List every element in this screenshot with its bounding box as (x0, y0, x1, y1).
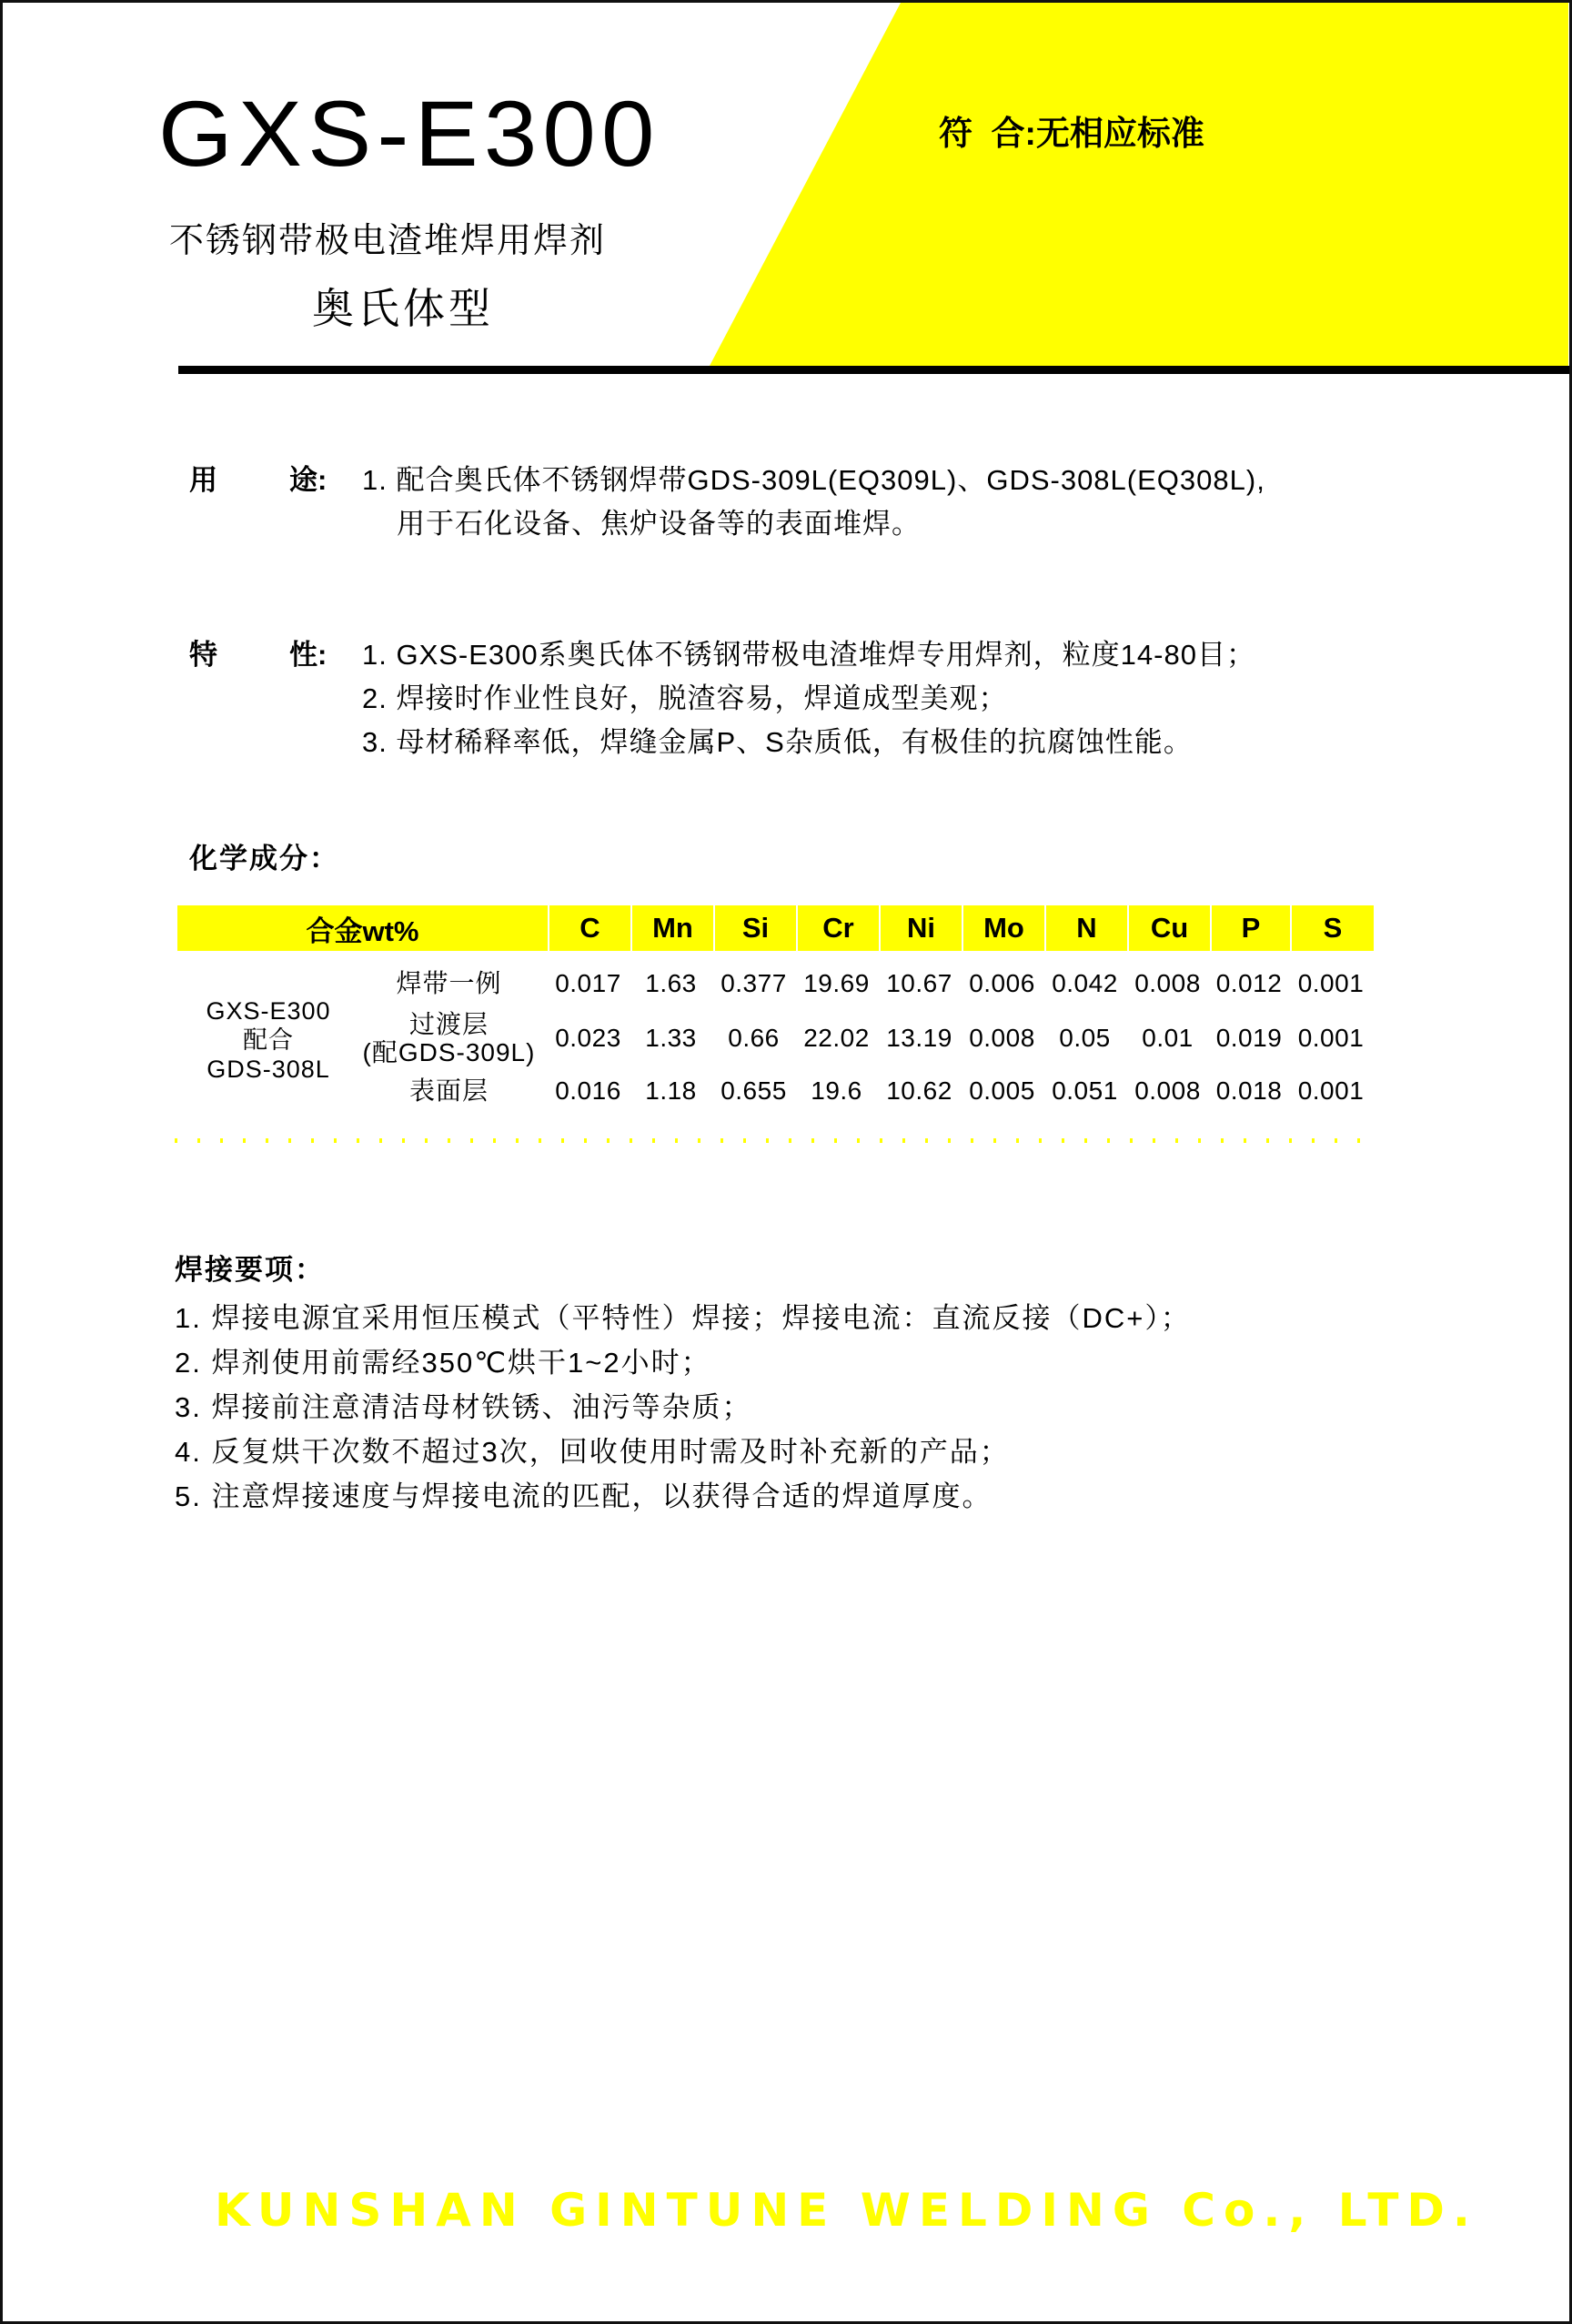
cell-cr: 19.6 (796, 1073, 877, 1109)
welding-note-3: 3. 焊接前注意清洁母材铁锈、油污等杂质； (175, 1385, 1191, 1430)
header-element-p: P (1212, 905, 1290, 951)
cell-mn: 1.33 (630, 1009, 711, 1067)
cell-si: 0.66 (713, 1009, 794, 1067)
cell-cu: 0.01 (1127, 1009, 1208, 1067)
welding-notes: 焊接要项： 1. 焊接电源宜采用恒压模式（平特性）焊接；焊接电流：直流反接（DC… (175, 1252, 1191, 1519)
cell-p: 0.019 (1210, 1009, 1288, 1067)
table-row: 表面层 0.016 1.18 0.655 19.6 10.62 0.005 0.… (177, 1073, 1372, 1109)
header-element-mo: Mo (963, 905, 1044, 951)
header-element-n: N (1046, 905, 1127, 951)
cell-mn: 1.18 (630, 1073, 711, 1109)
welding-note-1: 1. 焊接电源宜采用恒压模式（平特性）焊接；焊接电流：直流反接（DC+）； (175, 1296, 1191, 1340)
features-line-3: 3. 母材稀释率低，焊缝金属P、S杂质低，有极佳的抗腐蚀性能。 (362, 721, 1563, 764)
standard-compliance: 符 合:无相应标准 (939, 106, 1204, 155)
cell-si: 0.377 (713, 965, 794, 1002)
cell-ni: 10.67 (879, 965, 960, 1002)
welding-note-5: 5. 注意焊接速度与焊接电流的匹配，以获得合适的焊道厚度。 (175, 1474, 1191, 1519)
row-label: 焊带一例 (350, 965, 548, 1002)
cell-ni: 13.19 (879, 1009, 960, 1067)
table-row: 焊带一例 0.017 1.63 0.377 19.69 10.67 0.006 … (177, 965, 1372, 1002)
cell-mo: 0.008 (962, 1009, 1043, 1067)
cell-cu: 0.008 (1127, 1073, 1208, 1109)
chemical-table: 合金wt% C Mn Si Cr Ni Mo N Cu P S GXS-E300… (177, 905, 1374, 1133)
features-line-2: 2. 焊接时作业性良好，脱渣容易，焊道成型美观； (362, 677, 1563, 721)
header-alloy: 合金wt% (177, 905, 548, 951)
cell-p: 0.018 (1210, 1073, 1288, 1109)
cell-cr: 22.02 (796, 1009, 877, 1067)
header-element-cu: Cu (1129, 905, 1210, 951)
cell-ni: 10.62 (879, 1073, 960, 1109)
cell-s: 0.001 (1290, 1073, 1372, 1109)
product-subtitle: 不锈钢带极电渣堆焊用焊剂 (169, 212, 606, 262)
product-code-title: GXS-E300 (158, 87, 660, 180)
table-dotted-divider (175, 1138, 1366, 1143)
header-element-c: C (549, 905, 630, 951)
table-row: 过渡层 (配GDS-309L) 0.023 1.33 0.66 22.02 13… (177, 1009, 1372, 1067)
welding-note-4: 4. 反复烘干次数不超过3次，回收使用时需及时补充新的产品； (175, 1430, 1191, 1474)
features-line-1: 1. GXS-E300系奥氏体不锈钢带极电渣堆焊专用焊剂，粒度14-80目； (362, 633, 1563, 677)
chemical-title: 化学成分： (189, 835, 339, 876)
header-element-s: S (1292, 905, 1374, 951)
usage-line-2: 用于石化设备、焦炉设备等的表面堆焊。 (362, 502, 1563, 546)
cell-n: 0.042 (1044, 965, 1125, 1002)
cell-c: 0.023 (548, 1009, 629, 1067)
header-element-mn: Mn (632, 905, 713, 951)
product-type: 奥氏体型 (312, 276, 494, 336)
welding-note-2: 2. 焊剂使用前需经350℃烘干1~2小时； (175, 1340, 1191, 1385)
usage-label-b: 途: (289, 459, 327, 502)
row-label-line-1: 过渡层 (350, 1010, 548, 1038)
cell-c: 0.017 (548, 965, 629, 1002)
row-label-line-2: (配GDS-309L) (350, 1038, 548, 1066)
header-divider (178, 366, 1569, 374)
cell-cr: 19.69 (796, 965, 877, 1002)
cell-c: 0.016 (548, 1073, 629, 1109)
row-label: 过渡层 (配GDS-309L) (350, 1009, 548, 1067)
cell-mo: 0.006 (962, 965, 1043, 1002)
features-label-b: 性: (289, 633, 327, 677)
header-element-cr: Cr (798, 905, 879, 951)
table-header-row: 合金wt% C Mn Si Cr Ni Mo N Cu P S (177, 905, 1374, 951)
cell-mn: 1.63 (630, 965, 711, 1002)
cell-s: 0.001 (1290, 965, 1372, 1002)
cell-n: 0.05 (1044, 1009, 1125, 1067)
cell-p: 0.012 (1210, 965, 1288, 1002)
usage-lines: 1. 配合奥氏体不锈钢焊带GDS-309L(EQ309L)、GDS-308L(E… (362, 459, 1563, 546)
row-label: 表面层 (350, 1073, 548, 1109)
cell-cu: 0.008 (1127, 965, 1208, 1002)
usage-label-a: 用 (189, 459, 217, 502)
cell-s: 0.001 (1290, 1009, 1372, 1067)
table-body: GXS-E300 配合 GDS-308L 焊带一例 0.017 1.63 0.3… (177, 951, 1374, 1133)
features-label-a: 特 (189, 633, 217, 677)
cell-n: 0.051 (1044, 1073, 1125, 1109)
features-lines: 1. GXS-E300系奥氏体不锈钢带极电渣堆焊专用焊剂，粒度14-80目； 2… (362, 633, 1563, 764)
welding-notes-title: 焊接要项： (175, 1252, 1191, 1296)
company-footer: KUNSHAN GINTUNE WELDING Co., LTD. (215, 2184, 1315, 2237)
header-element-ni: Ni (881, 905, 962, 951)
cell-mo: 0.005 (962, 1073, 1043, 1109)
usage-line-1: 1. 配合奥氏体不锈钢焊带GDS-309L(EQ309L)、GDS-308L(E… (362, 459, 1563, 502)
header-element-si: Si (715, 905, 796, 951)
yellow-header-panel (0, 0, 1572, 373)
cell-si: 0.655 (713, 1073, 794, 1109)
